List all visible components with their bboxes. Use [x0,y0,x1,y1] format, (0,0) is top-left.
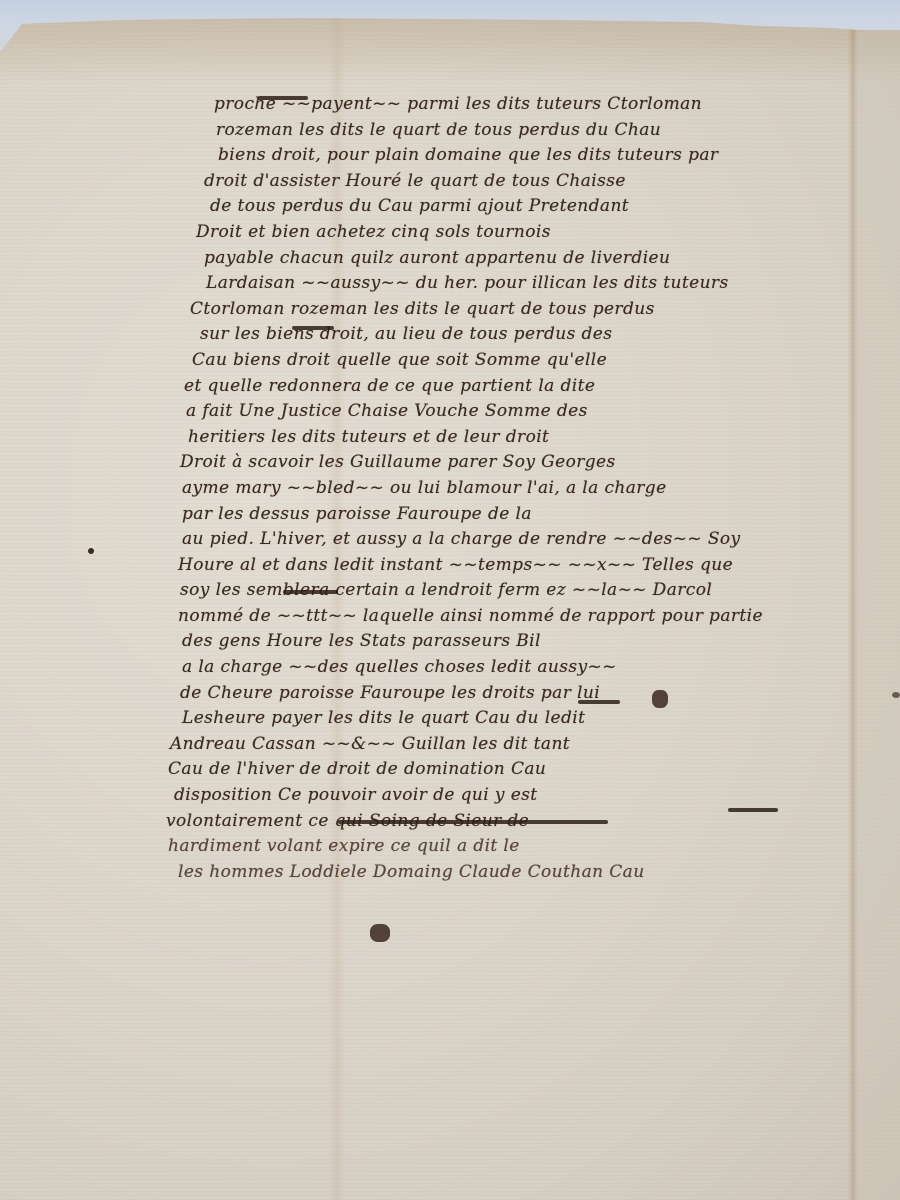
manuscript-line: de Cheure paroisse Fauroupe les droits p… [160,681,840,707]
manuscript-line: Lesheure payer les dits le quart Cau du … [160,706,840,732]
manuscript-line: heritiers les dits tuteurs et de leur dr… [160,425,840,451]
manuscript-line: par les dessus paroisse Fauroupe de la [160,502,840,528]
manuscript-line: des gens Houre les Stats parasseurs Bil [160,629,840,655]
paper-right-margin [856,14,900,1200]
manuscript-line: payable chacun quilz auront appartenu de… [160,246,840,272]
manuscript-line: Ctorloman rozeman les dits le quart de t… [160,297,840,323]
manuscript-line: soy les semblera certain a lendroit ferm… [160,578,840,604]
manuscript-line: a fait Une Justice Chaise Vouche Somme d… [160,399,840,425]
manuscript-page: proche ~~payent~~ parmi les dits tuteurs… [0,14,900,1200]
manuscript-text: proche ~~payent~~ parmi les dits tuteurs… [160,92,840,885]
photo-scene: proche ~~payent~~ parmi les dits tuteurs… [0,0,900,1200]
manuscript-line: et quelle redonnera de ce que partient l… [160,374,840,400]
manuscript-line: disposition Ce pouvoir avoir de qui y es… [160,783,840,809]
strikethrough-mark [728,808,778,812]
margin-ink-dot-icon [88,548,94,554]
manuscript-line: sur les biens droit, au lieu de tous per… [160,322,840,348]
manuscript-line: a la charge ~~des quelles choses ledit a… [160,655,840,681]
manuscript-line: Cau biens droit quelle que soit Somme qu… [160,348,840,374]
manuscript-line: Lardaisan ~~aussy~~ du her. pour illican… [160,271,840,297]
manuscript-line: Droit et bien achetez cinq sols tournois [160,220,840,246]
manuscript-line: Houre al et dans ledit instant ~~temps~~… [160,553,840,579]
strikethrough-mark [578,700,620,704]
manuscript-line: au pied. L'hiver, et aussy a la charge d… [160,527,840,553]
margin-ink-blot-icon [892,692,900,698]
manuscript-line: Droit à scavoir les Guillaume parer Soy … [160,450,840,476]
manuscript-line: Cau de l'hiver de droit de domination Ca… [160,757,840,783]
manuscript-line: hardiment volant expire ce quil a dit le [160,834,840,860]
manuscript-line: biens droit, pour plain domaine que les … [160,143,840,169]
manuscript-line: nommé de ~~ttt~~ laquelle ainsi nommé de… [160,604,840,630]
ink-blot [370,924,390,942]
manuscript-line: les hommes Loddiele Domaing Claude Couth… [160,860,840,886]
strikethrough-mark [283,590,338,594]
strikethrough-mark [338,820,608,824]
manuscript-line: de tous perdus du Cau parmi ajout Preten… [160,194,840,220]
strikethrough-mark [258,96,308,100]
strikethrough-mark [292,326,334,330]
ink-blot [652,690,668,708]
manuscript-line: Andreau Cassan ~~&~~ Guillan les dit tan… [160,732,840,758]
manuscript-line: ayme mary ~~bled~~ ou lui blamour l'ai, … [160,476,840,502]
manuscript-line: rozeman les dits le quart de tous perdus… [160,118,840,144]
manuscript-line: droit d'assister Houré le quart de tous … [160,169,840,195]
